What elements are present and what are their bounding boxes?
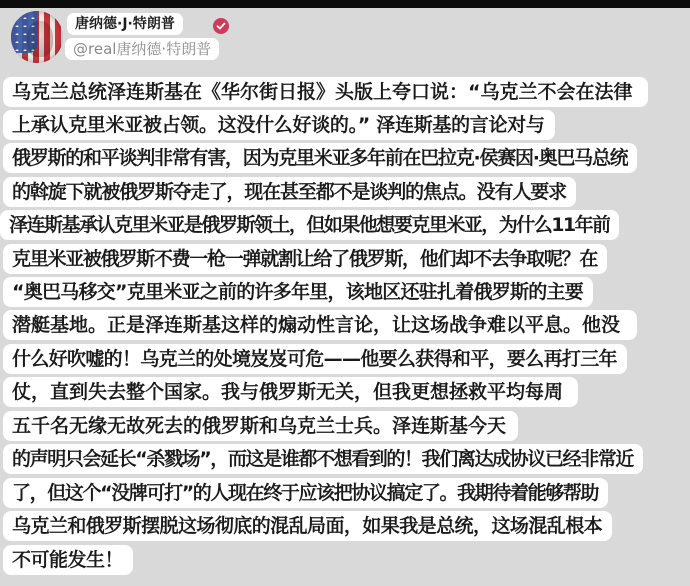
- post-line-text: 潜艇基地。正是泽连斯基这样的煽动性言论，让这场战争难以平息。他没: [12, 310, 628, 340]
- post-line: 乌克兰和俄罗斯摆脱这场彻底的混乱局面，如果我是总统，这场混乱根本: [3, 511, 612, 541]
- post-line-text: 的声明只会延长“杀戮场”，而这是谁都不想看到的！我们离达成协议已经非常近: [12, 444, 634, 474]
- post-line-text: 泽连斯基承认克里米亚是俄罗斯领土，但如果他想要克里米亚，为什么11年前: [9, 210, 610, 240]
- post-line: 潜艇基地。正是泽连斯基这样的煽动性言论，让这场战争难以平息。他没: [3, 310, 637, 340]
- post-line: 的声明只会延长“杀戮场”，而这是谁都不想看到的！我们离达成协议已经非常近: [3, 444, 643, 474]
- post-line-text: 的斡旋下就被俄罗斯夺走了，现在甚至都不是谈判的焦点。没有人要求: [12, 177, 567, 207]
- status-bar: [0, 0, 690, 8]
- avatar-portrait: [27, 21, 53, 57]
- post-line-text: 乌克兰和俄罗斯摆脱这场彻底的混乱局面，如果我是总统，这场混乱根本: [12, 511, 603, 541]
- display-name[interactable]: 唐纳德·J·特朗普: [67, 13, 183, 35]
- post-line: 泽连斯基承认克里米亚是俄罗斯领土，但如果他想要克里米亚，为什么11年前: [0, 210, 619, 240]
- post-line-text: 不可能发生！: [12, 545, 124, 575]
- post-line: 的斡旋下就被俄罗斯夺走了，现在甚至都不是谈判的焦点。没有人要求: [3, 177, 576, 207]
- avatar[interactable]: [11, 11, 63, 63]
- post-line: 五千名无缘无故死去的俄罗斯和乌克兰士兵。泽连斯基今天: [3, 411, 518, 441]
- post-line-text: 五千名无缘无故死去的俄罗斯和乌克兰士兵。泽连斯基今天: [12, 411, 509, 441]
- post-line: 什么好吹嘘的！乌克兰的处境岌岌可危——他要么获得和平，要么再打三年: [3, 344, 627, 374]
- post-line-text: 克里米亚被俄罗斯不费一枪一弹就割让给了俄罗斯，他们却不去争取呢？在: [12, 244, 598, 274]
- post-line-text: 仗，直到失去整个国家。我与俄罗斯无关，但我更想拯救平均每周: [12, 377, 569, 407]
- post-line: 仗，直到失去整个国家。我与俄罗斯无关，但我更想拯救平均每周: [3, 377, 578, 407]
- post-line: 乌克兰总统泽连斯基在《华尔街日报》头版上夸口说：“乌克兰不会在法律: [3, 77, 648, 107]
- post-line: “奥巴马移交”克里米亚之前的许多年里，该地区还驻扎着俄罗斯的主要: [3, 277, 593, 307]
- post-line-text: 什么好吹嘘的！乌克兰的处境岌岌可危——他要么获得和平，要么再打三年: [12, 344, 618, 374]
- post-line-text: 上承认克里米亚被占领。这没什么好谈的。” 泽连斯基的言论对与: [12, 110, 546, 140]
- post-line: 了，但这个“没牌可打”的人现在终于应该把协议搞定了。我期待着能够帮助: [3, 478, 608, 508]
- post-line: 上承认克里米亚被占领。这没什么好谈的。” 泽连斯基的言论对与: [3, 110, 555, 140]
- user-handle[interactable]: @real唐纳德·特朗普: [65, 38, 219, 60]
- post-line-text: 俄罗斯的和平谈判非常有害，因为克里米亚多年前在巴拉克·侯赛因·奥巴马总统: [12, 143, 628, 173]
- post-line-text: 了，但这个“没牌可打”的人现在终于应该把协议搞定了。我期待着能够帮助: [12, 478, 599, 508]
- post-line: 克里米亚被俄罗斯不费一枪一弹就割让给了俄罗斯，他们却不去争取呢？在: [3, 244, 607, 274]
- post-line-text: “奥巴马移交”克里米亚之前的许多年里，该地区还驻扎着俄罗斯的主要: [12, 277, 584, 307]
- post-line: 不可能发生！: [3, 545, 133, 575]
- post-line: 俄罗斯的和平谈判非常有害，因为克里米亚多年前在巴拉克·侯赛因·奥巴马总统: [3, 143, 637, 173]
- post-line-text: 乌克兰总统泽连斯基在《华尔街日报》头版上夸口说：“乌克兰不会在法律: [12, 77, 639, 107]
- verified-badge-icon: [213, 18, 229, 34]
